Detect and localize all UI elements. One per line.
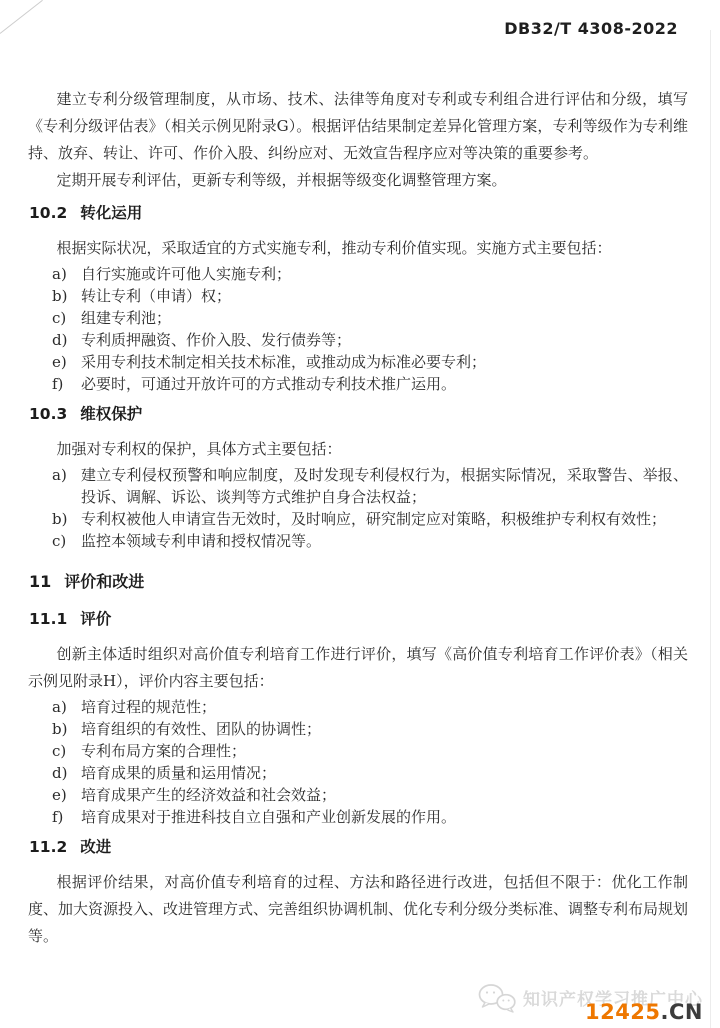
list-item-marker: b) xyxy=(52,718,81,740)
list-item: b) 培育组织的有效性、团队的协调性； xyxy=(28,718,688,740)
list-item-text: 自行实施或许可他人实施专利； xyxy=(81,263,688,285)
section-heading-10-3: 10.3 维权保护 xyxy=(29,404,688,424)
section-number: 11.1 xyxy=(29,609,67,629)
section-11-2-paragraph: 根据评价结果，对高价值专利培育的过程、方法和路径进行改进，包括但不限于：优化工作… xyxy=(28,869,688,950)
page-scan-edge-artifact xyxy=(710,30,711,1028)
list-item-marker: f) xyxy=(52,806,81,828)
list-item: e) 采用专利技术制定相关技术标准，或推动成为标准必要专利； xyxy=(28,351,688,373)
list-item-text: 培育成果产生的经济效益和社会效益； xyxy=(81,784,688,806)
list-item-text: 建立专利侵权预警和响应制度，及时发现专利侵权行为，根据实际情况，采取警告、举报、… xyxy=(81,464,688,508)
list-item: c) 专利布局方案的合理性； xyxy=(28,740,688,762)
list-item-text: 专利权被他人申请宣告无效时，及时响应，研究制定应对策略，积极维护专利权有效性； xyxy=(81,508,688,530)
section-10-2-intro: 根据实际状况，采取适宜的方式实施专利，推动专利价值实现。实施方式主要包括： xyxy=(28,235,688,262)
list-item-text: 采用专利技术制定相关技术标准，或推动成为标准必要专利； xyxy=(81,351,688,373)
list-item-marker: c) xyxy=(52,530,81,552)
list-item: c) 组建专利池； xyxy=(28,307,688,329)
document-body: 建立专利分级管理制度，从市场、技术、法律等角度对专利或专利组合进行评估和分级，填… xyxy=(28,86,688,950)
list-item: d) 培育成果的质量和运用情况； xyxy=(28,762,688,784)
section-title: 评价 xyxy=(80,609,111,629)
list-item: c) 监控本领域专利申请和授权情况等。 xyxy=(28,530,688,552)
section-10-2-list: a) 自行实施或许可他人实施专利； b) 转让专利（申请）权； c) 组建专利池… xyxy=(28,263,688,395)
document-code: DB32/T 4308-2022 xyxy=(504,19,678,38)
section-10-3-list: a) 建立专利侵权预警和响应制度，及时发现专利侵权行为，根据实际情况，采取警告、… xyxy=(28,464,688,552)
paragraph-periodic-evaluation: 定期开展专利评估，更新专利等级，并根据等级变化调整管理方案。 xyxy=(28,167,688,194)
list-item-marker: d) xyxy=(52,329,81,351)
section-heading-11-1: 11.1 评价 xyxy=(29,609,688,629)
section-title: 转化运用 xyxy=(80,203,142,223)
list-item-marker: c) xyxy=(52,307,81,329)
list-item-text: 培育过程的规范性； xyxy=(81,696,688,718)
list-item-marker: e) xyxy=(52,351,81,373)
section-title: 评价和改进 xyxy=(64,572,144,592)
section-11-1-intro: 创新主体适时组织对高价值专利培育工作进行评价，填写《高价值专利培育工作评价表》（… xyxy=(28,641,688,695)
section-number: 11 xyxy=(29,572,51,592)
list-item-marker: f) xyxy=(52,373,81,395)
brand-tld: .CN xyxy=(661,1000,703,1024)
section-heading-11: 11 评价和改进 xyxy=(29,572,688,592)
section-10-3-intro: 加强对专利权的保护，具体方式主要包括： xyxy=(28,436,688,463)
list-item-marker: a) xyxy=(52,263,81,285)
list-item: d) 专利质押融资、作价入股、发行债券等； xyxy=(28,329,688,351)
section-number: 11.2 xyxy=(29,837,67,857)
brand-logo: 12425.CN xyxy=(585,1002,703,1023)
section-number: 10.2 xyxy=(29,203,67,223)
list-item-marker: b) xyxy=(52,508,81,530)
list-item: a) 自行实施或许可他人实施专利； xyxy=(28,263,688,285)
list-item-text: 专利质押融资、作价入股、发行债券等； xyxy=(81,329,688,351)
list-item-text: 培育成果的质量和运用情况； xyxy=(81,762,688,784)
list-item: b) 专利权被他人申请宣告无效时，及时响应，研究制定应对策略，积极维护专利权有效… xyxy=(28,508,688,530)
list-item-text: 转让专利（申请）权； xyxy=(81,285,688,307)
list-item-marker: c) xyxy=(52,740,81,762)
section-heading-10-2: 10.2 转化运用 xyxy=(29,203,688,223)
list-item: f) 培育成果对于推进科技自立自强和产业创新发展的作用。 xyxy=(28,806,688,828)
list-item: a) 建立专利侵权预警和响应制度，及时发现专利侵权行为，根据实际情况，采取警告、… xyxy=(28,464,688,508)
list-item: f) 必要时，可通过开放许可的方式推动专利技术推广运用。 xyxy=(28,373,688,395)
list-item-marker: a) xyxy=(52,696,81,718)
list-item-text: 培育成果对于推进科技自立自强和产业创新发展的作用。 xyxy=(81,806,688,828)
section-number: 10.3 xyxy=(29,404,67,424)
list-item-marker: d) xyxy=(52,762,81,784)
list-item-text: 必要时，可通过开放许可的方式推动专利技术推广运用。 xyxy=(81,373,688,395)
section-title: 改进 xyxy=(80,837,111,857)
list-item: a) 培育过程的规范性； xyxy=(28,696,688,718)
list-item-text: 组建专利池； xyxy=(81,307,688,329)
list-item-text: 监控本领域专利申请和授权情况等。 xyxy=(81,530,688,552)
list-item: b) 转让专利（申请）权； xyxy=(28,285,688,307)
brand-number: 12425 xyxy=(585,1000,661,1024)
page-scan-corner-artifact xyxy=(0,0,43,34)
list-item-marker: e) xyxy=(52,784,81,806)
section-title: 维权保护 xyxy=(80,404,142,424)
section-11-1-list: a) 培育过程的规范性； b) 培育组织的有效性、团队的协调性； c) 专利布局… xyxy=(28,696,688,828)
list-item-text: 培育组织的有效性、团队的协调性； xyxy=(81,718,688,740)
list-item-marker: b) xyxy=(52,285,81,307)
list-item-text: 专利布局方案的合理性； xyxy=(81,740,688,762)
section-heading-11-2: 11.2 改进 xyxy=(29,837,688,857)
list-item-marker: a) xyxy=(52,464,81,508)
list-item: e) 培育成果产生的经济效益和社会效益； xyxy=(28,784,688,806)
paragraph-patent-grading: 建立专利分级管理制度，从市场、技术、法律等角度对专利或专利组合进行评估和分级，填… xyxy=(28,86,688,167)
wechat-bubbles-icon xyxy=(477,982,517,1013)
